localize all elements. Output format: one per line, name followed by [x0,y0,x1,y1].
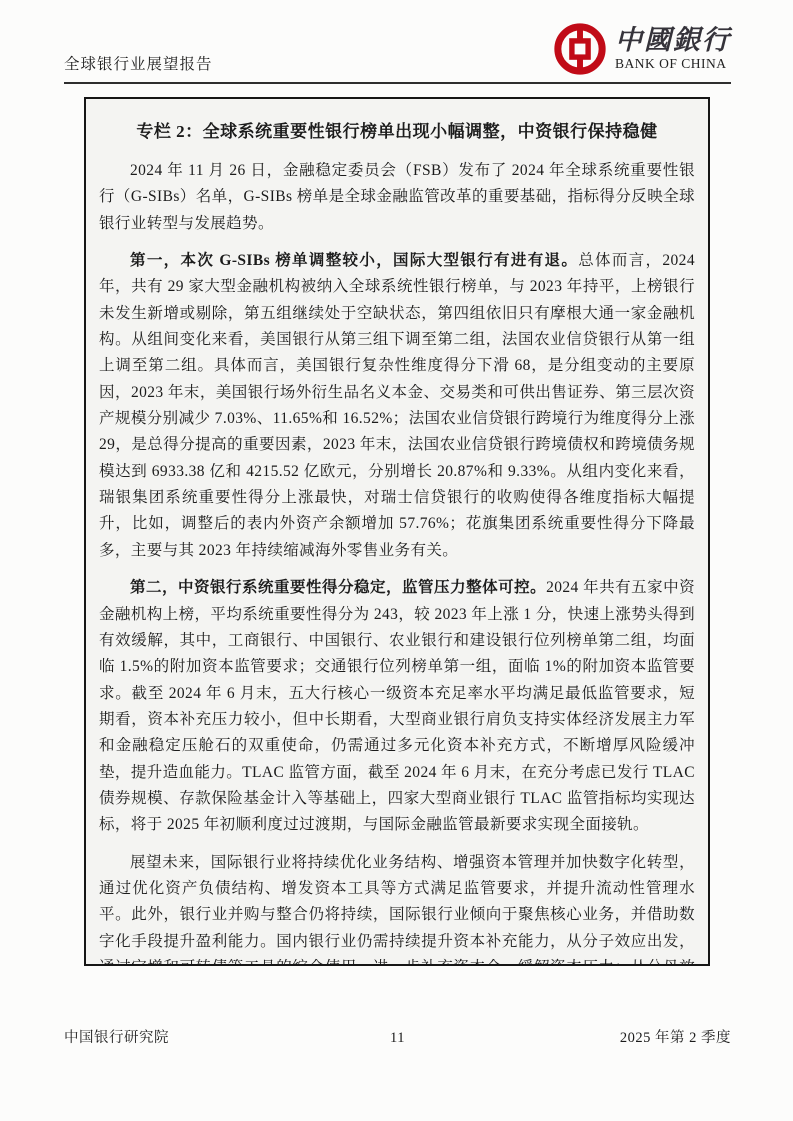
footer-page-number: 11 [286,1030,508,1047]
paragraph-intro-text: 2024 年 11 月 26 日，金融稳定委员会（FSB）发布了 2024 年全… [99,162,695,232]
paragraph-first-point-text: 总体而言，2024 年，共有 29 家大型金融机构被纳入全球系统性银行榜单，与 … [99,252,695,559]
paragraph-second-point-text: 2024 年共有五家中资金融机构上榜，平均系统重要性得分为 243，较 2023… [99,579,695,833]
boc-coin-emblem-icon [553,22,607,76]
paragraph-intro: 2024 年 11 月 26 日，金融稳定委员会（FSB）发布了 2024 年全… [99,158,695,237]
logo-wordmark: 中國銀行 BANK OF CHINA [615,27,731,71]
paragraph-first-point-lead: 第一，本次 G-SIBs 榜单调整较小，国际大型银行有进有退。 [130,252,578,269]
column-title: 专栏 2：全球系统重要性银行榜单出现小幅调整，中资银行保持稳健 [99,117,695,142]
logo-chinese-name: 中國銀行 [615,27,731,54]
report-page: 全球银行业展望报告 中國銀行 BANK OF CHINA 专栏 2：全球系统重要… [0,0,793,1121]
paragraph-first-point: 第一，本次 G-SIBs 榜单调整较小，国际大型银行有进有退。总体而言，2024… [99,248,695,564]
paragraph-outlook-text: 展望未来，国际银行业将持续优化业务结构、增强资本管理并加快数字化转型，通过优化资… [99,854,695,966]
page-header: 全球银行业展望报告 中國銀行 BANK OF CHINA [64,0,731,84]
logo-english-name: BANK OF CHINA [615,57,727,71]
report-title: 全球银行业展望报告 [64,52,213,78]
bank-of-china-logo: 中國銀行 BANK OF CHINA [553,22,731,78]
footer-issue: 2025 年第 2 季度 [509,1026,731,1047]
footer-institution: 中国银行研究院 [64,1026,286,1047]
page-footer: 中国银行研究院 11 2025 年第 2 季度 [64,1026,731,1047]
paragraph-second-point-lead: 第二，中资银行系统重要性得分稳定，监管压力整体可控。 [130,579,546,596]
paragraph-second-point: 第二，中资银行系统重要性得分稳定，监管压力整体可控。2024 年共有五家中资金融… [99,575,695,838]
paragraph-outlook: 展望未来，国际银行业将持续优化业务结构、增强资本管理并加快数字化转型，通过优化资… [99,850,695,966]
special-column-box: 专栏 2：全球系统重要性银行榜单出现小幅调整，中资银行保持稳健 2024 年 1… [84,97,710,966]
